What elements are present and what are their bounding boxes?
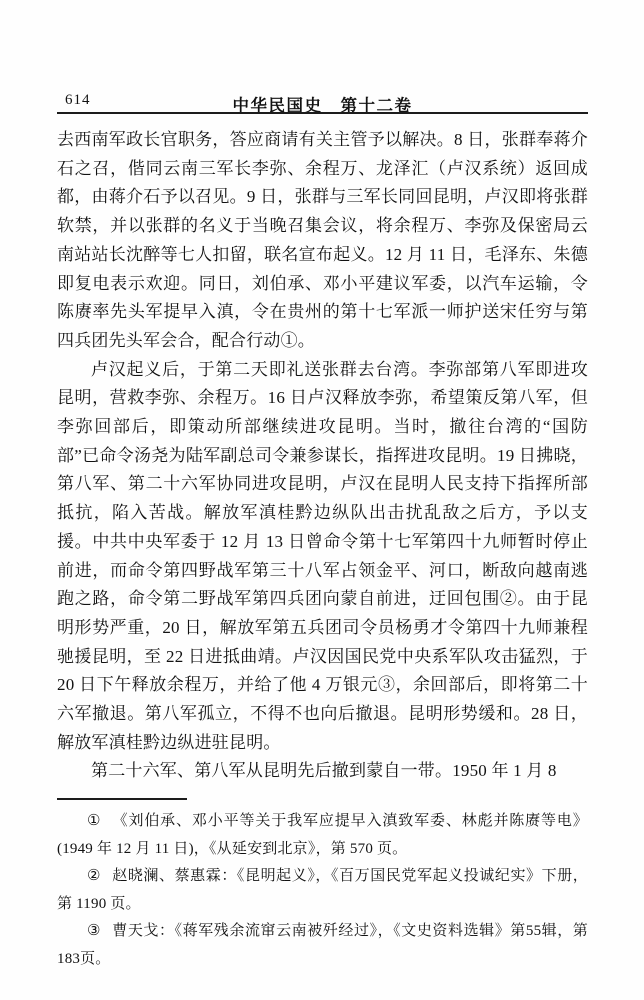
page-header: 614 中华民国史 第十二卷 (57, 92, 588, 112)
body-text: 去西南军政长官职务，答应商请有关主管予以解决。8 日，张群奉蒋介石之召，偕同云南… (57, 126, 588, 786)
paragraph: 卢汉起义后，于第二天即礼送张群去台湾。李弥部第八军即进攻昆明，营救李弥、余程万。… (57, 356, 588, 758)
paragraph: 第二十六军、第八军从昆明先后撤到蒙自一带。1950 年 1 月 8 (57, 757, 588, 786)
book-page: 614 中华民国史 第十二卷 去西南军政长官职务，答应商请有关主管予以解决。8 … (0, 0, 644, 1000)
footnote-marker: ② (87, 868, 101, 884)
footnote-text: 赵晓澜、蔡惠霖：《昆明起义》，《百万国民党军起义投诚纪实》下册，第 1190 页… (57, 868, 588, 912)
footnote: ③曹天戈：《蒋军残余流窜云南被歼经过》，《文史资料选辑》第55辑，第183页。 (57, 918, 588, 973)
footnote: ②赵晓澜、蔡惠霖：《昆明起义》，《百万国民党军起义投诚纪实》下册，第 1190 … (57, 863, 588, 918)
footnote-separator (57, 798, 187, 800)
footnote-text: 曹天戈：《蒋军残余流窜云南被歼经过》，《文史资料选辑》第55辑，第183页。 (57, 923, 588, 967)
header-rule (57, 112, 588, 114)
paragraph: 去西南军政长官职务，答应商请有关主管予以解决。8 日，张群奉蒋介石之召，偕同云南… (57, 126, 588, 356)
footnotes: ①《刘伯承、邓小平等关于我军应提早入滇致军委、林彪并陈赓等电》(1949 年 1… (57, 808, 588, 973)
footnote-marker: ① (87, 813, 101, 829)
footnote-marker: ③ (87, 923, 101, 939)
footnote: ①《刘伯承、邓小平等关于我军应提早入滇致军委、林彪并陈赓等电》(1949 年 1… (57, 808, 588, 863)
footnote-text: 《刘伯承、邓小平等关于我军应提早入滇致军委、林彪并陈赓等电》(1949 年 12… (57, 813, 588, 857)
